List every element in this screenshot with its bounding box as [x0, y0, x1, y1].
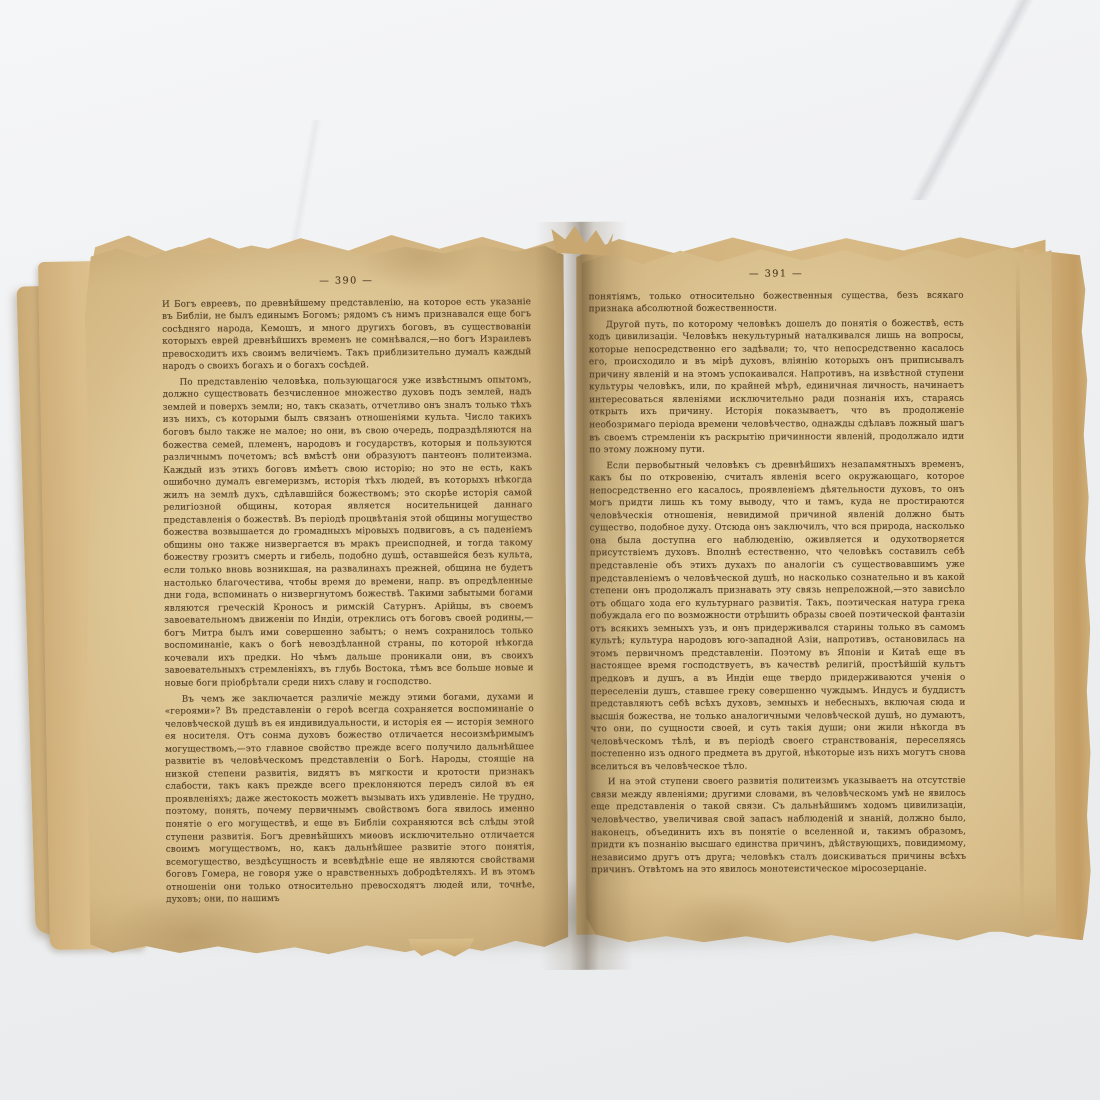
paragraph: Если первобытный человѣкъ съ древнѣйшихъ… [589, 458, 965, 773]
paragraph: Въ чемъ же заключается различіе между эт… [165, 691, 535, 907]
page-number-right: — 391 — [589, 268, 964, 282]
open-book: — 390 — И Богъ евреевъ, по древнѣйшему п… [15, 218, 1086, 981]
paragraph: понятіямъ, только относительно божествен… [589, 289, 964, 316]
paragraph: По представленію человѣка, пользующагося… [162, 374, 533, 690]
paragraph: Другой путь, по которому человѣкъ дошелъ… [589, 317, 965, 457]
torn-paper-bottom-left-page [408, 939, 474, 957]
paragraph: И на этой ступени своего развитія полите… [591, 775, 966, 877]
torn-paper-top-gutter [551, 226, 613, 256]
backdrop-crease [820, 0, 1100, 200]
page-number-left: — 390 — [162, 274, 531, 289]
left-page-text: — 390 — И Богъ евреевъ, по древнѣйшему п… [162, 274, 535, 897]
right-page-text: — 391 — понятіямъ, только относительно б… [589, 268, 967, 890]
paragraph: И Богъ евреевъ, по древнѣйшему представл… [162, 296, 532, 374]
